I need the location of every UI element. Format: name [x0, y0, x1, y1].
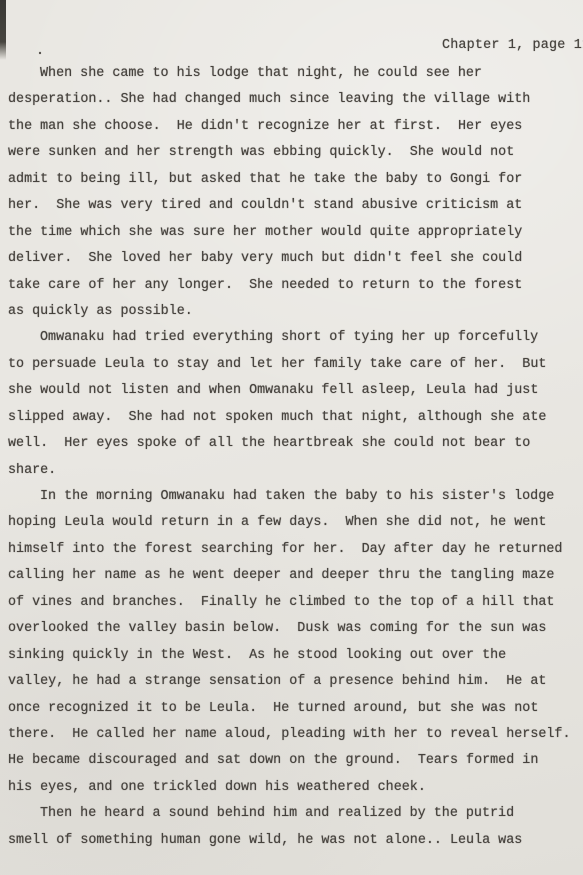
- text-line: were sunken and her strength was ebbing …: [8, 140, 583, 166]
- text-line: desperation.. She had changed much since…: [8, 87, 583, 113]
- text-line: there. He called her name aloud, pleadin…: [8, 722, 583, 748]
- text-line: When she came to his lodge that night, h…: [8, 61, 583, 87]
- body-text: When she came to his lodge that night, h…: [8, 61, 583, 854]
- text-line: she would not listen and when Omwanaku f…: [8, 378, 583, 404]
- text-line: his eyes, and one trickled down his weat…: [8, 775, 583, 801]
- text-line: He became discouraged and sat down on th…: [8, 748, 583, 774]
- text-line: to persuade Leula to stay and let her fa…: [8, 352, 583, 378]
- text-line: valley, he had a strange sensation of a …: [8, 669, 583, 695]
- text-line: the man she choose. He didn't recognize …: [8, 114, 583, 140]
- text-line: In the morning Omwanaku had taken the ba…: [8, 484, 583, 510]
- text-line: slipped away. She had not spoken much th…: [8, 405, 583, 431]
- text-line: Omwanaku had tried everything short of t…: [8, 325, 583, 351]
- text-line: deliver. She loved her baby very much bu…: [8, 246, 583, 272]
- text-line: calling her name as he went deeper and d…: [8, 563, 583, 589]
- text-line: himself into the forest searching for he…: [8, 537, 583, 563]
- text-line: sinking quickly in the West. As he stood…: [8, 643, 583, 669]
- chapter-page-label: Chapter 1, page 11: [442, 38, 583, 53]
- text-line: as quickly as possible.: [8, 299, 583, 325]
- text-line: hoping Leula would return in a few days.…: [8, 510, 583, 536]
- text-line: the time which she was sure her mother w…: [8, 220, 583, 246]
- text-line: well. Her eyes spoke of all the heartbre…: [8, 431, 583, 457]
- scanned-page: Chapter 1, page 11 . When she came to hi…: [0, 0, 583, 875]
- text-line: Then he heard a sound behind him and rea…: [8, 801, 583, 827]
- text-line: take care of her any longer. She needed …: [8, 273, 583, 299]
- text-line: of vines and branches. Finally he climbe…: [8, 590, 583, 616]
- text-line: smell of something human gone wild, he w…: [8, 828, 583, 854]
- text-line: her. She was very tired and couldn't sta…: [8, 193, 583, 219]
- text-line: overlooked the valley basin below. Dusk …: [8, 616, 583, 642]
- text-line: once recognized it to be Leula. He turne…: [8, 696, 583, 722]
- text-line: admit to being ill, but asked that he ta…: [8, 167, 583, 193]
- text-line: share.: [8, 458, 583, 484]
- stray-ink-mark: .: [36, 44, 44, 59]
- scan-edge-artifact: [0, 0, 6, 60]
